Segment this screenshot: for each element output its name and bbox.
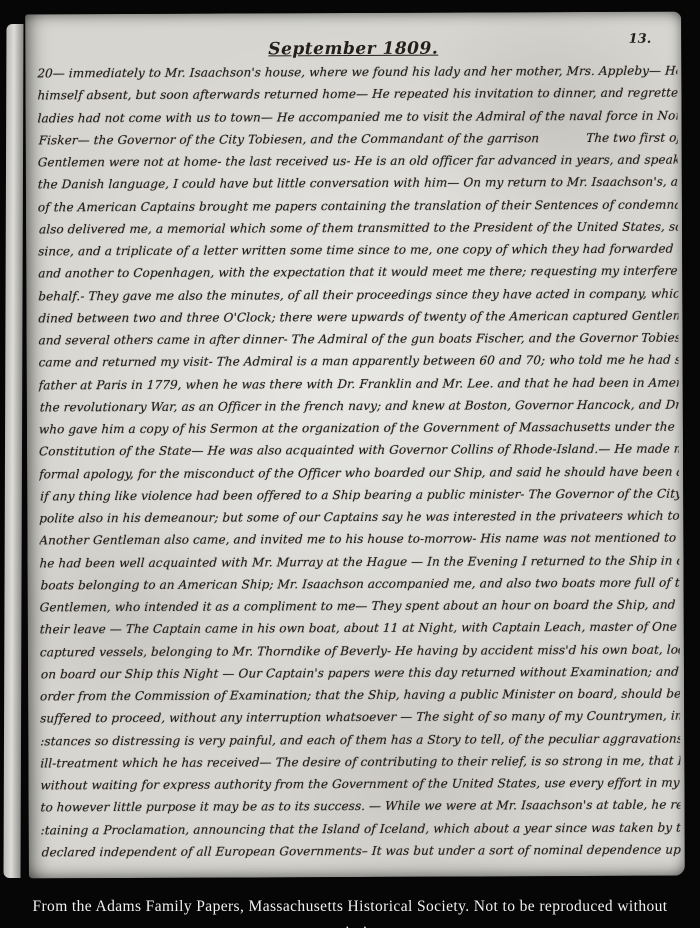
manuscript-line: ladies had not come with us to town— He … <box>37 104 678 129</box>
manuscript-line: to however little purpose it may be as t… <box>40 794 681 819</box>
manuscript-line: Constitution of the State— He was also a… <box>38 438 679 463</box>
manuscript-body: 20— immediately to Mr. Isaachson's house… <box>37 60 681 873</box>
credit-line: From the Adams Family Papers, Massachuse… <box>0 894 700 920</box>
page-number: 13. <box>629 32 652 47</box>
manuscript-line: their leave — The Captain came in his ow… <box>39 616 680 641</box>
manuscript-line: who gave him a copy of his Sermon at the… <box>38 416 679 441</box>
adjacent-page-edge <box>4 24 24 878</box>
manuscript-line: himself absent, but soon afterwards retu… <box>37 82 678 107</box>
manuscript-line: Another Gentleman also came, and invited… <box>39 527 680 552</box>
manuscript-line: boats belonging to an American Ship; Mr.… <box>40 571 681 596</box>
manuscript-line: :stances so distressing is very painful,… <box>40 727 681 752</box>
manuscript-line: came and returned my visit- The Admiral … <box>38 349 679 374</box>
manuscript-line: suffered to proceed, without any interru… <box>40 705 681 730</box>
manuscript-line: also delivered me, a memorial which some… <box>38 215 679 240</box>
scanned-document-photo: September 1809. 13. 20— immediately to M… <box>0 0 700 928</box>
manuscript-line: the Danish language, I could have but li… <box>37 171 678 196</box>
manuscript-line: :taining a Proclamation, announcing that… <box>40 816 681 841</box>
manuscript-line: Gentlemen, who intended it as a complime… <box>39 594 680 619</box>
manuscript-line: the revolutionary War, as an Officer in … <box>39 393 680 418</box>
manuscript-line: and several others came in after dinner-… <box>38 327 679 352</box>
manuscript-line: Fisker— the Governor of the City Tobiese… <box>38 126 679 151</box>
manuscript-line: since, and a triplicate of a letter writ… <box>38 238 679 263</box>
manuscript-line: 20— immediately to Mr. Isaachson's house… <box>37 60 678 85</box>
manuscript-line: of the American Captains brought me pape… <box>38 193 679 218</box>
manuscript-line: if any thing like violence had been offe… <box>40 482 681 507</box>
manuscript-line: father at Paris in 1779, when he was the… <box>38 371 679 396</box>
manuscript-line: polite also in his demeanour; but some o… <box>39 505 680 530</box>
manuscript-line: and another to Copenhagen, with the expe… <box>38 260 679 285</box>
manuscript-page: September 1809. 13. 20— immediately to M… <box>25 12 685 879</box>
manuscript-line: dined between two and three O'Clock; the… <box>38 304 679 329</box>
entry-heading: September 1809. <box>25 38 681 61</box>
manuscript-line: captured vessels, belonging to Mr. Thorn… <box>39 638 680 663</box>
manuscript-line: declared independent of all European Gov… <box>41 838 681 863</box>
manuscript-line: ill-treatment which he has received— The… <box>40 749 681 774</box>
manuscript-line: formal apology, for the misconduct of th… <box>39 460 680 485</box>
manuscript-line: Gentlemen were not at home- the last rec… <box>37 149 678 174</box>
manuscript-line: on board our Ship this Night — Our Capta… <box>40 660 680 685</box>
manuscript-line: behalf.- They gave me also the minutes, … <box>38 282 679 307</box>
manuscript-line: he had been well acquainted with Mr. Mur… <box>39 549 680 574</box>
manuscript-line: order from the Commission of Examination… <box>40 683 681 708</box>
manuscript-line: without waiting for express authority fr… <box>40 772 681 797</box>
